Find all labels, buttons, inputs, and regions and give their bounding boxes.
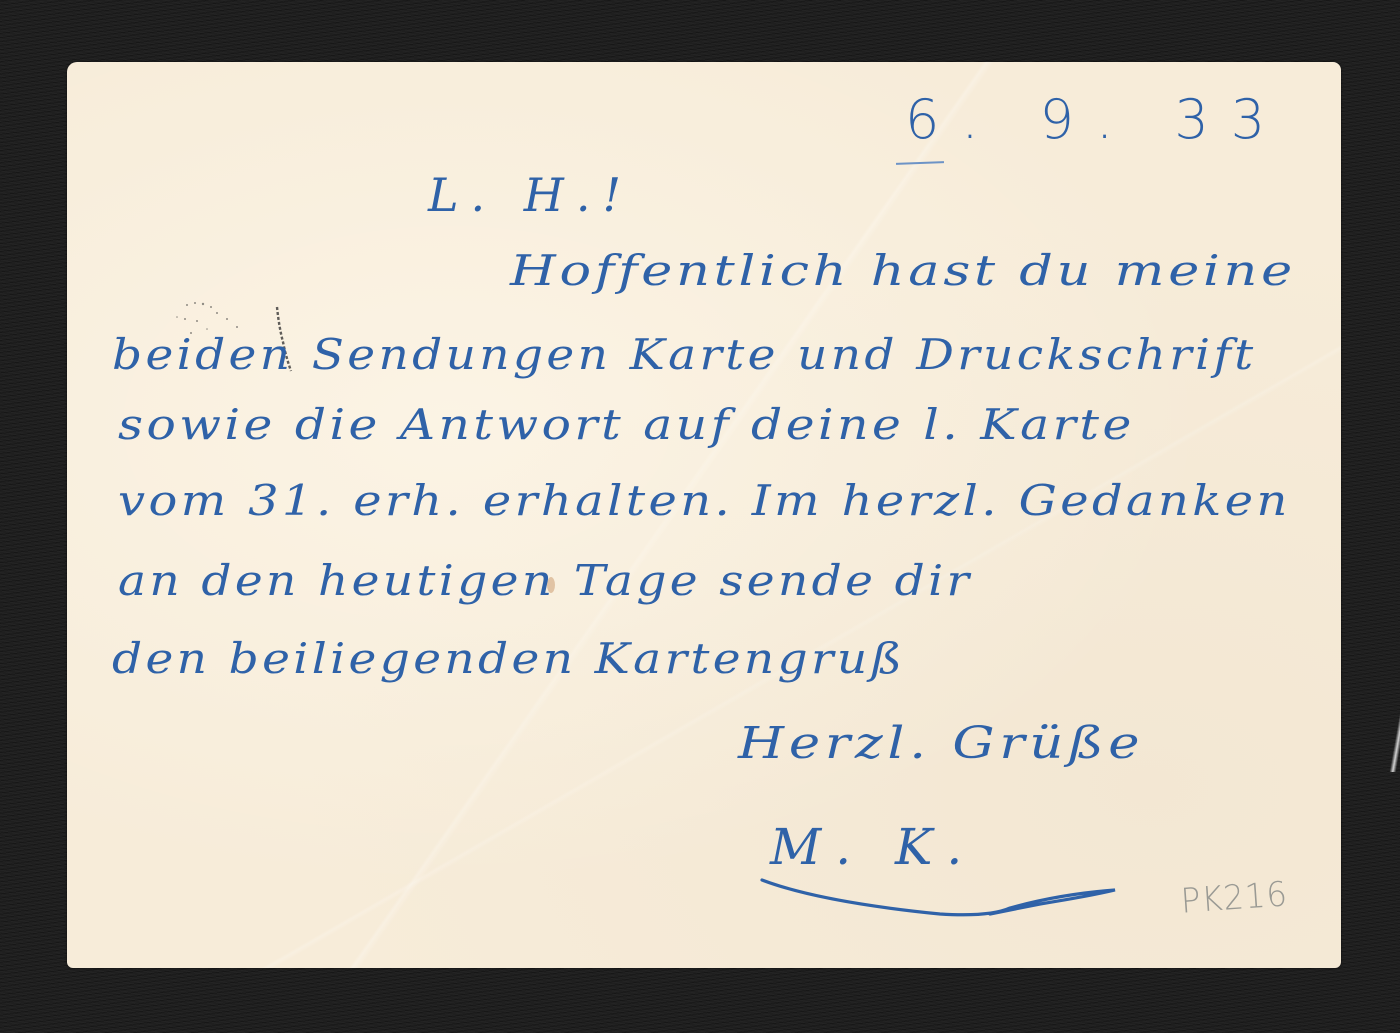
body-line-6: den beiliegenden Kartengruß <box>112 634 905 683</box>
salutation: L. H.! <box>428 168 633 222</box>
closing: Herzl. Grüße <box>738 718 1144 769</box>
pencil-reference-number: PK216 <box>1180 874 1290 921</box>
letter-date: 6. 9. 33 <box>905 88 1287 151</box>
signature: M. K. <box>770 818 976 876</box>
body-line-3: sowie die Antwort auf deine l. Karte <box>118 400 1135 449</box>
body-line-4: vom 31. erh. erhalten. Im herzl. Gedanke… <box>118 476 1291 525</box>
signature-flourish <box>760 872 1120 922</box>
body-line-1: Hoffentlich hast du meine <box>510 246 1296 295</box>
body-line-2: beiden Sendungen Karte und Druckschrift <box>112 330 1257 379</box>
paper-crease <box>1387 712 1400 772</box>
body-line-5: an den heutigen Tage sende dir <box>118 556 972 605</box>
